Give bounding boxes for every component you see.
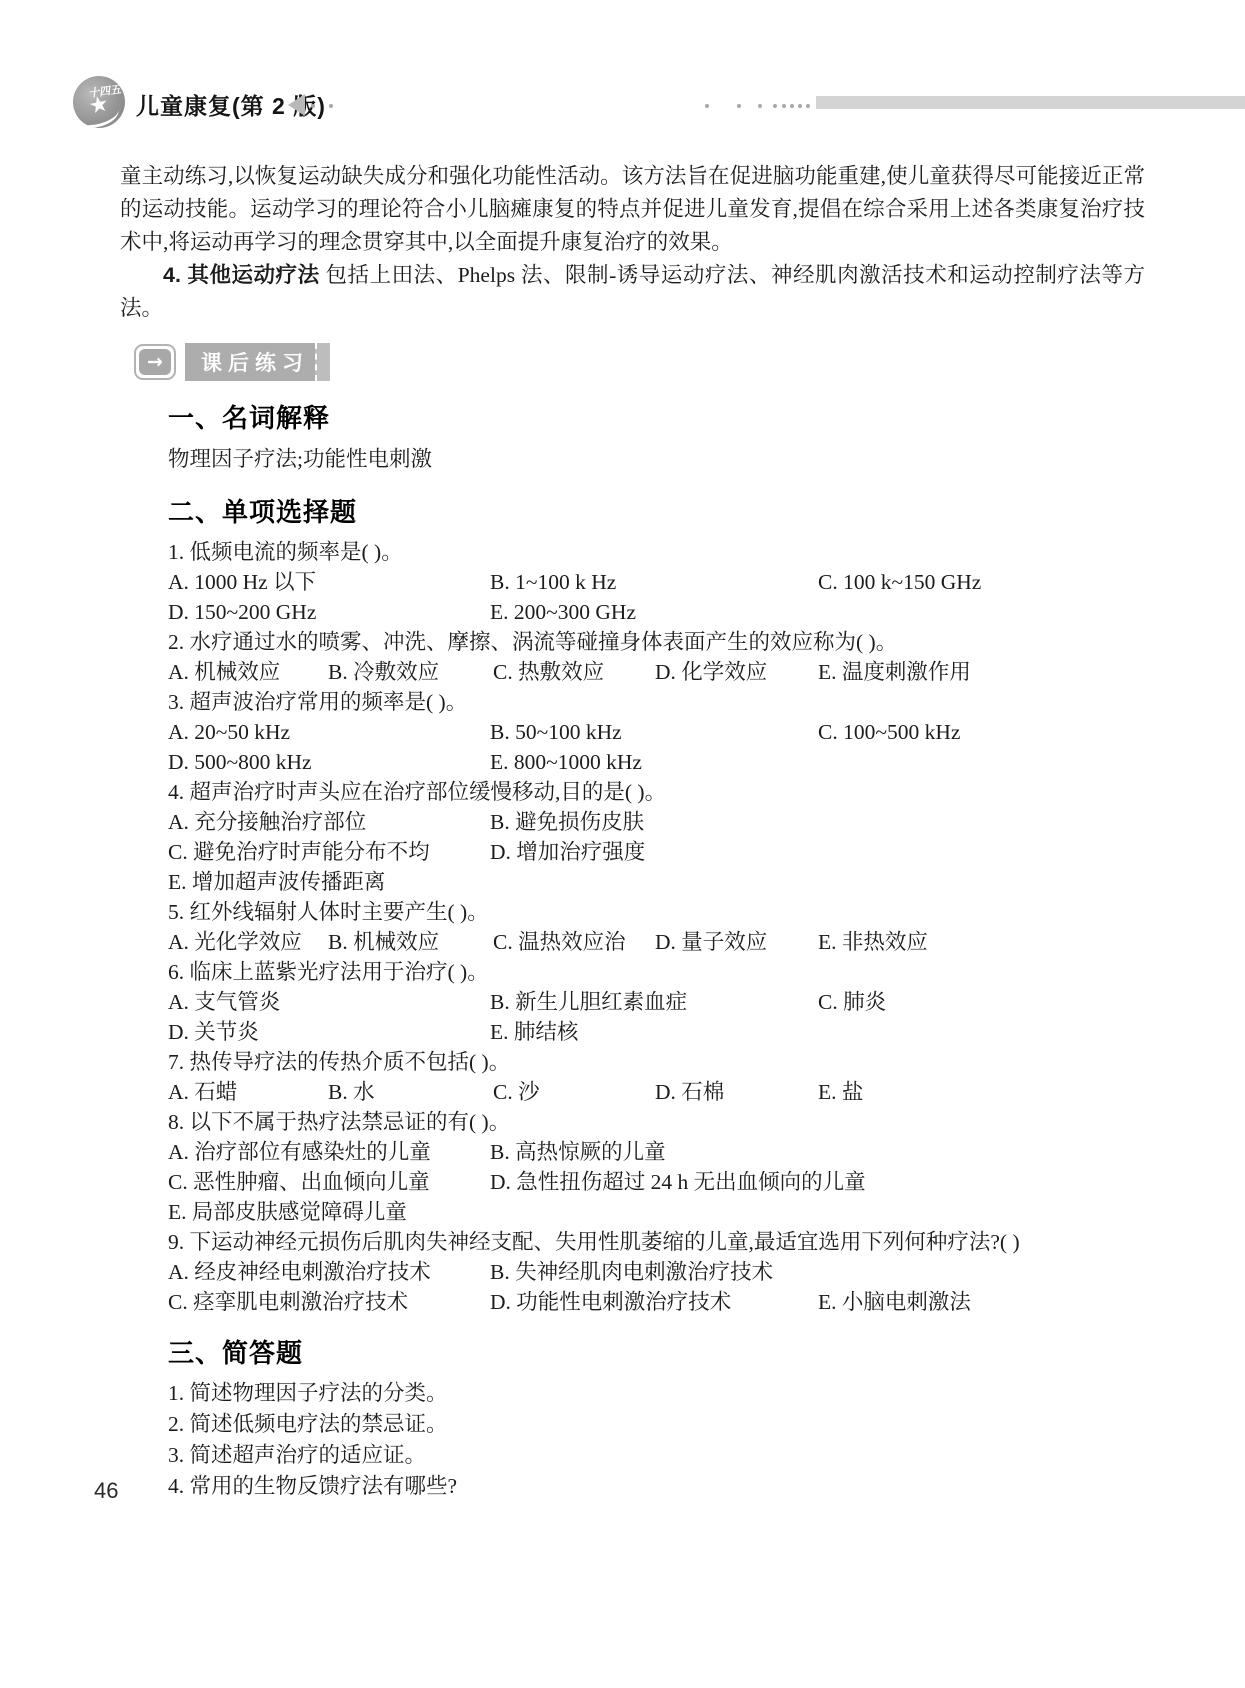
option-row: A. 1000 Hz 以下B. 1~100 k HzC. 100 k~150 G…	[168, 567, 1145, 597]
section-heading-3: 三、简答题	[168, 1333, 1145, 1370]
short-answer-item: 4. 常用的生物反馈疗法有哪些?	[168, 1471, 1145, 1502]
option: A. 20~50 kHz	[168, 717, 290, 747]
book-page: ★ 十四五 儿童康复(第 2 版) 童主动练习,以恢复运动缺失成分和强化功能性活…	[0, 0, 1245, 1688]
option: B. 避免损伤皮肤	[490, 807, 644, 837]
option: B. 50~100 kHz	[490, 717, 622, 747]
option: E. 非热效应	[818, 927, 928, 957]
option: B. 冷敷效应	[328, 657, 439, 687]
option: B. 机械效应	[328, 927, 439, 957]
decor-dot	[737, 104, 741, 108]
option-row: D. 150~200 GHzE. 200~300 GHz	[168, 597, 1145, 627]
option: E. 温度刺激作用	[818, 657, 971, 687]
question-text: 8. 以下不属于热疗法禁忌证的有( )。	[168, 1107, 1145, 1137]
option: B. 高热惊厥的儿童	[490, 1137, 666, 1167]
question-text: 3. 超声波治疗常用的频率是( )。	[168, 687, 1145, 717]
option: D. 功能性电刺激治疗技术	[490, 1287, 731, 1317]
option: A. 光化学效应	[168, 927, 302, 957]
short-answer-questions: 1. 简述物理因子疗法的分类。2. 简述低频电疗法的禁忌证。3. 简述超声治疗的…	[120, 1378, 1145, 1502]
question-text: 5. 红外线辐射人体时主要产生( )。	[168, 897, 1145, 927]
choice-questions: 1. 低频电流的频率是( )。A. 1000 Hz 以下B. 1~100 k H…	[168, 537, 1145, 1317]
intro-paragraph-2: 4. 其他运动疗法 包括上田法、Phelps 法、限制-诱导运动疗法、神经肌肉激…	[120, 259, 1145, 325]
question-item: 5. 红外线辐射人体时主要产生( )。A. 光化学效应B. 机械效应C. 温热效…	[168, 897, 1145, 957]
option-row: A. 充分接触治疗部位B. 避免损伤皮肤	[168, 807, 1145, 837]
question-item: 2. 水疗通过水的喷雾、冲洗、摩擦、涡流等碰撞身体表面产生的效应称为( )。A.…	[168, 627, 1145, 687]
page-header: ★ 十四五 儿童康复(第 2 版)	[0, 0, 1245, 150]
option-row: C. 避免治疗时声能分布不均D. 增加治疗强度	[168, 837, 1145, 867]
option: B. 新生儿胆红素血症	[490, 987, 687, 1017]
exercise-badge-label: 课后练习	[185, 343, 330, 381]
question-item: 9. 下运动神经元损伤后肌肉失神经支配、失用性肌萎缩的儿童,最适宜选用下列何种疗…	[168, 1227, 1145, 1317]
option: D. 化学效应	[655, 657, 767, 687]
option-row: A. 机械效应B. 冷敷效应C. 热敷效应D. 化学效应E. 温度刺激作用	[168, 657, 1145, 687]
logo-text: 十四五	[87, 81, 122, 101]
option: B. 失神经肌肉电刺激治疗技术	[490, 1257, 773, 1287]
question-item: 6. 临床上蓝紫光疗法用于治疗( )。A. 支气管炎B. 新生儿胆红素血症C. …	[168, 957, 1145, 1047]
option-row: D. 关节炎E. 肺结核	[168, 1017, 1145, 1047]
option: C. 肺炎	[818, 987, 886, 1017]
arrow-right-icon: →	[134, 344, 176, 380]
option: E. 小脑电刺激法	[818, 1287, 971, 1317]
option-row: A. 20~50 kHzB. 50~100 kHzC. 100~500 kHz	[168, 717, 1145, 747]
option: A. 治疗部位有感染灶的儿童	[168, 1137, 431, 1167]
section-1-body: 物理因子疗法;功能性电刺激	[168, 443, 1145, 476]
option: E. 200~300 GHz	[490, 597, 636, 627]
option-row: A. 经皮神经电刺激治疗技术B. 失神经肌肉电刺激治疗技术	[168, 1257, 1145, 1287]
option: E. 局部皮肤感觉障碍儿童	[168, 1197, 407, 1227]
option: C. 沙	[493, 1077, 540, 1107]
option-row: D. 500~800 kHzE. 800~1000 kHz	[168, 747, 1145, 777]
option: C. 痉挛肌电刺激治疗技术	[168, 1287, 408, 1317]
option: C. 100~500 kHz	[818, 717, 960, 747]
decor-dot	[798, 104, 802, 108]
question-text: 1. 低频电流的频率是( )。	[168, 537, 1145, 567]
paragraph-lead: 4. 其他运动疗法	[163, 263, 320, 287]
section-heading-1: 一、名词解释	[168, 398, 1145, 435]
option: E. 盐	[818, 1077, 863, 1107]
question-item: 7. 热传导疗法的传热介质不包括( )。A. 石蜡B. 水C. 沙D. 石棉E.…	[168, 1047, 1145, 1107]
question-text: 7. 热传导疗法的传热介质不包括( )。	[168, 1047, 1145, 1077]
option: C. 恶性肿瘤、出血倾向儿童	[168, 1167, 430, 1197]
option: A. 机械效应	[168, 657, 280, 687]
option: E. 800~1000 kHz	[490, 747, 642, 777]
header-bar	[816, 96, 1245, 109]
exercise-badge: → 课后练习	[134, 342, 1145, 382]
question-text: 4. 超声治疗时声头应在治疗部位缓慢移动,目的是( )。	[168, 777, 1145, 807]
option: C. 温热效应治	[493, 927, 626, 957]
question-text: 6. 临床上蓝紫光疗法用于治疗( )。	[168, 957, 1145, 987]
question-item: 1. 低频电流的频率是( )。A. 1000 Hz 以下B. 1~100 k H…	[168, 537, 1145, 627]
section-heading-2: 二、单项选择题	[168, 492, 1145, 529]
short-answer-item: 2. 简述低频电疗法的禁忌证。	[168, 1409, 1145, 1440]
decor-dot	[758, 104, 762, 108]
publisher-logo: ★ 十四五	[73, 76, 125, 128]
option-row: A. 支气管炎B. 新生儿胆红素血症C. 肺炎	[168, 987, 1145, 1017]
option: B. 1~100 k Hz	[490, 567, 616, 597]
option: A. 石蜡	[168, 1077, 237, 1107]
intro-paragraph-1: 童主动练习,以恢复运动缺失成分和强化功能性活动。该方法旨在促进脑功能重建,使儿童…	[120, 160, 1145, 259]
option: D. 增加治疗强度	[490, 837, 645, 867]
option: C. 避免治疗时声能分布不均	[168, 837, 430, 867]
decor-dot	[705, 104, 709, 108]
option: D. 量子效应	[655, 927, 767, 957]
option: E. 增加超声波传播距离	[168, 867, 385, 897]
option: A. 1000 Hz 以下	[168, 567, 316, 597]
decor-dot	[773, 104, 777, 108]
question-text: 2. 水疗通过水的喷雾、冲洗、摩擦、涡流等碰撞身体表面产生的效应称为( )。	[168, 627, 1145, 657]
option: C. 热敷效应	[493, 657, 604, 687]
option-row: A. 光化学效应B. 机械效应C. 温热效应治D. 量子效应E. 非热效应	[168, 927, 1145, 957]
decor-dot	[311, 104, 315, 108]
decor-dot	[782, 104, 786, 108]
option: A. 经皮神经电刺激治疗技术	[168, 1257, 431, 1287]
option-row: E. 局部皮肤感觉障碍儿童	[168, 1197, 1145, 1227]
option: D. 石棉	[655, 1077, 724, 1107]
option-row: C. 恶性肿瘤、出血倾向儿童D. 急性扭伤超过 24 h 无出血倾向的儿童	[168, 1167, 1145, 1197]
option-row: E. 增加超声波传播距离	[168, 867, 1145, 897]
option: B. 水	[328, 1077, 375, 1107]
option: D. 急性扭伤超过 24 h 无出血倾向的儿童	[490, 1167, 866, 1197]
option: A. 充分接触治疗部位	[168, 807, 366, 837]
option-row: A. 石蜡B. 水C. 沙D. 石棉E. 盐	[168, 1077, 1145, 1107]
page-content: 童主动练习,以恢复运动缺失成分和强化功能性活动。该方法旨在促进脑功能重建,使儿童…	[120, 160, 1145, 1502]
question-text: 9. 下运动神经元损伤后肌肉失神经支配、失用性肌萎缩的儿童,最适宜选用下列何种疗…	[168, 1227, 1145, 1257]
decor-dot	[790, 104, 794, 108]
short-answer-item: 1. 简述物理因子疗法的分类。	[168, 1378, 1145, 1409]
question-item: 8. 以下不属于热疗法禁忌证的有( )。A. 治疗部位有感染灶的儿童B. 高热惊…	[168, 1107, 1145, 1227]
question-item: 4. 超声治疗时声头应在治疗部位缓慢移动,目的是( )。A. 充分接触治疗部位B…	[168, 777, 1145, 897]
decor-dot	[806, 104, 810, 108]
page-number: 46	[94, 1478, 118, 1504]
option: E. 肺结核	[490, 1017, 578, 1047]
short-answer-item: 3. 简述超声治疗的适应证。	[168, 1440, 1145, 1471]
question-item: 3. 超声波治疗常用的频率是( )。A. 20~50 kHzB. 50~100 …	[168, 687, 1145, 777]
badge-tail	[315, 343, 330, 381]
option: A. 支气管炎	[168, 987, 280, 1017]
chevron-left-icon	[288, 94, 305, 116]
option: D. 150~200 GHz	[168, 597, 316, 627]
option-row: A. 治疗部位有感染灶的儿童B. 高热惊厥的儿童	[168, 1137, 1145, 1167]
option-row: C. 痉挛肌电刺激治疗技术D. 功能性电刺激治疗技术E. 小脑电刺激法	[168, 1287, 1145, 1317]
option: C. 100 k~150 GHz	[818, 567, 981, 597]
option: D. 关节炎	[168, 1017, 259, 1047]
option: D. 500~800 kHz	[168, 747, 312, 777]
decor-dot	[329, 104, 333, 108]
